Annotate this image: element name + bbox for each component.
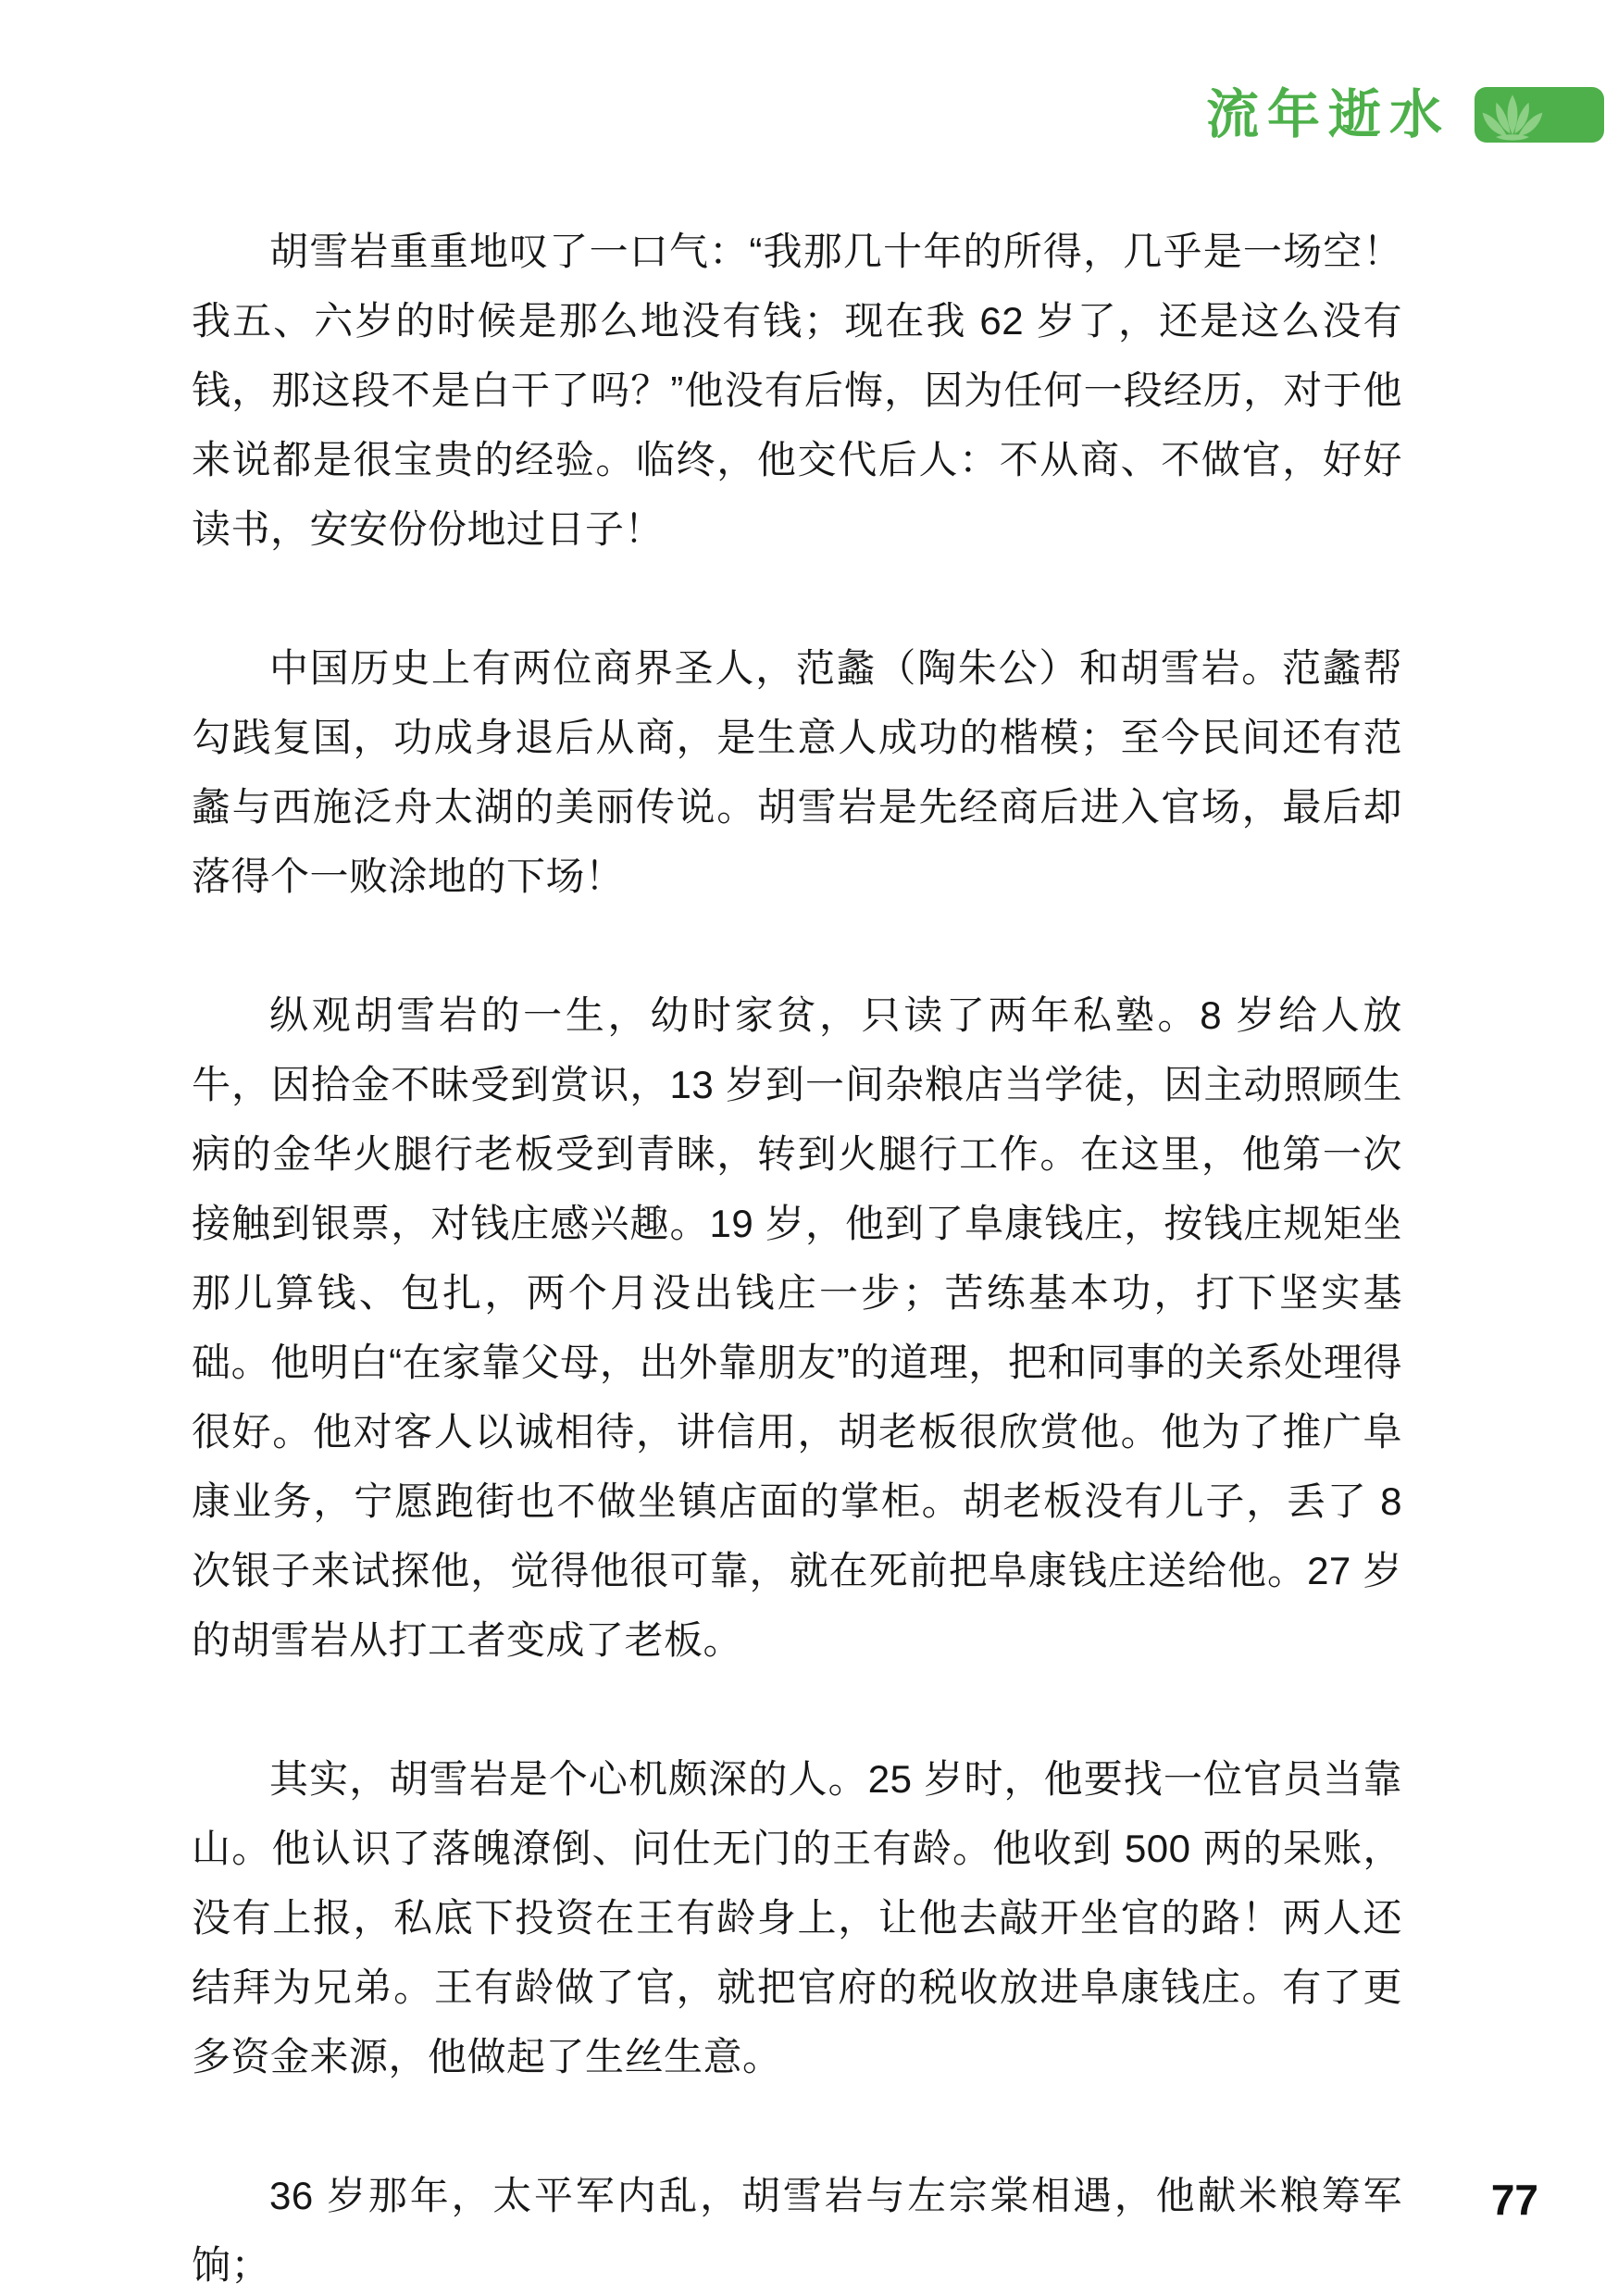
body-paragraph: 中国历史上有两位商界圣人，范蠡（陶朱公）和胡雪岩。范蠡帮勾践复国，功成身退后从商… (192, 633, 1402, 911)
chapter-badge (1475, 87, 1604, 143)
running-head: 流年逝水 (1206, 86, 1604, 143)
body-paragraph: 胡雪岩重重地叹了一口气：“我那几十年的所得，几乎是一场空！我五、六岁的时候是那么… (192, 217, 1402, 564)
chapter-title: 流年逝水 (1206, 86, 1450, 143)
body-paragraph: 36 岁那年，太平军内乱，胡雪岩与左宗棠相遇，他献米粮筹军饷； (192, 2161, 1402, 2296)
page-number: 77 (1491, 2177, 1538, 2222)
body-text: 胡雪岩重重地叹了一口气：“我那几十年的所得，几乎是一场空！我五、六岁的时候是那么… (192, 217, 1402, 2296)
body-paragraph: 纵观胡雪岩的一生，幼时家贫，只读了两年私塾。8 岁给人放牛，因拾金不昧受到赏识，… (192, 980, 1402, 1675)
body-paragraph: 其实，胡雪岩是个心机颇深的人。25 岁时，他要找一位官员当靠山。他认识了落魄潦倒… (192, 1744, 1402, 2091)
